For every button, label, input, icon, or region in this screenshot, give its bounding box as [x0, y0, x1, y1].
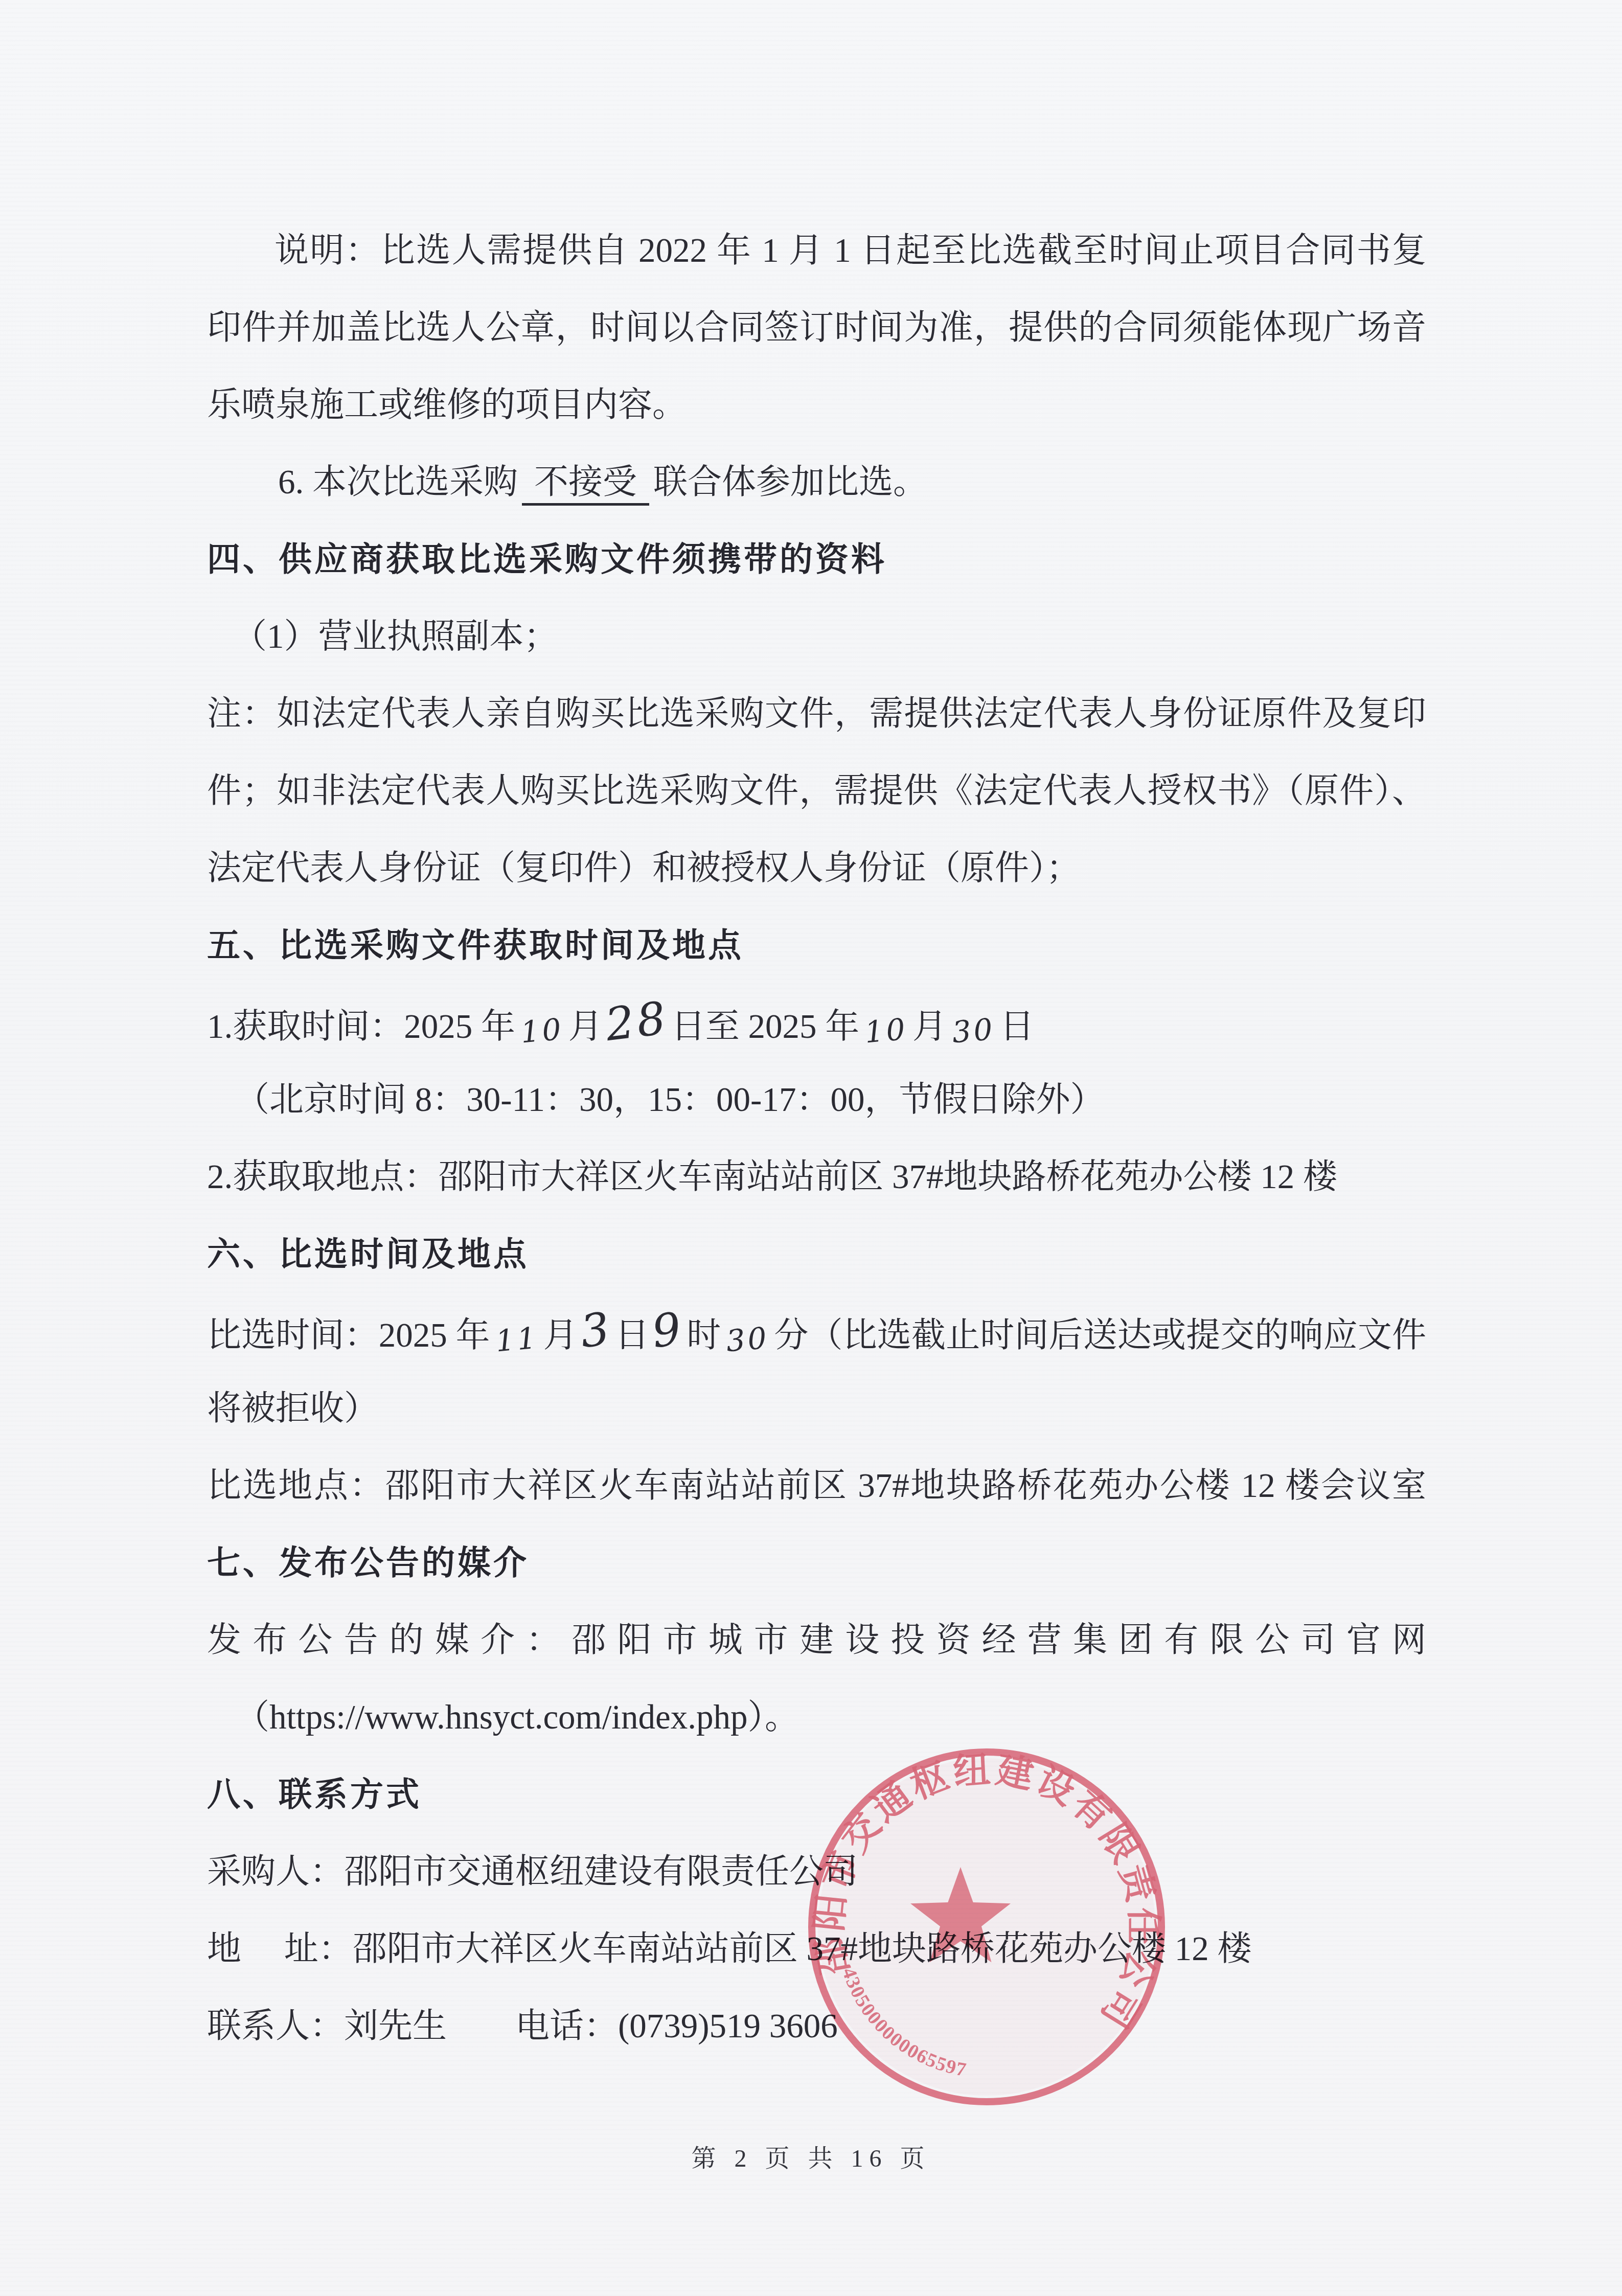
line-announce-media: 发布公告的媒介：邵阳市城市建设投资经营集团有限公司官网	[207, 1602, 1426, 1678]
heading-section-7: 七、发布公告的媒介	[207, 1525, 1426, 1601]
compare-time-print-5: 分（比选截止时间后送达或提交的响应文件	[774, 1316, 1426, 1354]
item-6-suffix: 联合体参加比选。	[653, 463, 927, 501]
item-6-prefix: 6. 本次比选采购	[278, 463, 518, 501]
line-beijing-hours: （北京时间 8：30-11：30，15：00-17：00，节假日除外）	[207, 1061, 1454, 1138]
handwritten-hour: 9	[648, 1290, 688, 1370]
line-compare-place: 比选地点：邵阳市大祥区火车南站站前区 37#地块路桥花苑办公楼 12 楼会议室	[207, 1447, 1426, 1524]
handwritten-minute: 30	[723, 1300, 773, 1380]
line-compare-time: 比选时间：2025 年11月3日9时30分（比选截止时间后送达或提交的响应文件	[207, 1293, 1426, 1375]
compare-time-print-4: 时	[687, 1316, 721, 1354]
para-explain-line-3: 乐喷泉施工或维修的项目内容。	[207, 367, 1426, 443]
line-acquire-place: 2.获取取地点：邵阳市大祥区火车南站站前区 37#地块路桥花苑办公楼 12 楼	[207, 1139, 1426, 1215]
line-address: 地 址：邵阳市大祥区火车南站站前区 37#地块路桥花苑办公楼 12 楼	[207, 1911, 1426, 1987]
para-explain-line-1: 说明：比选人需提供自 2022 年 1 月 1 日起至比选截至时间止项目合同书复	[207, 212, 1426, 289]
note-line-2: 件；如非法定代表人购买比选采购文件，需提供《法定代表人授权书》（原件）、	[207, 753, 1426, 829]
heading-section-4: 四、供应商获取比选采购文件须携带的资料	[207, 521, 1426, 598]
handwritten-month-1: 10	[517, 991, 567, 1071]
acquire-time-print-4: 月	[912, 1008, 947, 1045]
heading-section-8: 八、联系方式	[207, 1756, 1426, 1833]
heading-section-5: 五、比选采购文件获取时间及地点	[207, 907, 1426, 984]
handwritten-month-3: 11	[492, 1300, 542, 1380]
heading-section-6: 六、比选时间及地点	[207, 1216, 1426, 1292]
acquire-time-print-1: 1.获取时间：2025 年	[207, 1008, 515, 1045]
item-6-line: 6. 本次比选采购不接受联合体参加比选。	[207, 444, 1497, 520]
para-explain-line-2: 印件并加盖比选人公章，时间以合同签订时间为准，提供的合同须能体现广场音	[207, 289, 1426, 366]
handwritten-day-2: 30	[949, 991, 998, 1071]
document-page: 说明：比选人需提供自 2022 年 1 月 1 日起至比选截至时间止项目合同书复…	[0, 0, 1622, 2296]
acquire-time-print-5: 日	[1000, 1008, 1034, 1045]
line-acquire-time: 1.获取时间：2025 年10月28日至 2025 年10月30日	[207, 984, 1426, 1066]
note-line-1: 注：如法定代表人亲自购买比选采购文件，需提供法定代表人身份证原件及复印	[207, 675, 1426, 752]
note-line-3: 法定代表人身份证（复印件）和被授权人身份证（原件）；	[207, 830, 1426, 906]
line-website-url: （https://www.hnsyct.com/index.php）。	[207, 1679, 1454, 1756]
line-contact-phone: 联系人：刘先生 电话：(0739)519 3606	[207, 1988, 1426, 2064]
page-number-footer: 第 2 页 共 16 页	[0, 2121, 1622, 2197]
acquire-time-print-2: 月	[568, 1008, 603, 1045]
line-business-license: （1）营业执照副本；	[207, 598, 1452, 675]
handwritten-day-3: 3	[576, 1290, 616, 1370]
acquire-time-print-3: 日至 2025 年	[671, 1008, 860, 1045]
underlined-text-no-consortium: 不接受	[522, 463, 649, 506]
compare-time-print-3: 日	[615, 1316, 649, 1354]
line-buyer: 采购人：邵阳市交通枢纽建设有限责任公司	[207, 1833, 1426, 1910]
compare-time-print-1: 比选时间：2025 年	[207, 1316, 490, 1354]
line-compare-time-cont: 将被拒收）	[207, 1370, 1426, 1447]
compare-time-print-2: 月	[543, 1316, 578, 1354]
handwritten-day-1: 28	[601, 980, 672, 1063]
handwritten-month-2: 10	[861, 991, 911, 1071]
